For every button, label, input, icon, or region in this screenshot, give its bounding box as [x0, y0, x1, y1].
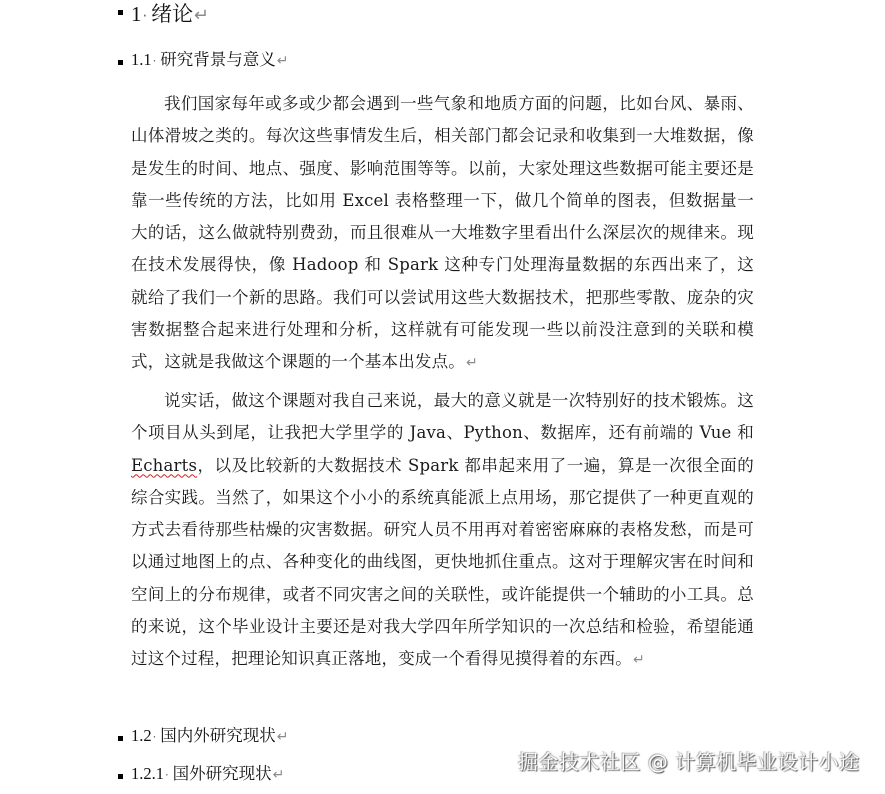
heading-number: 1.2.1 [131, 764, 164, 783]
heading-number: 1 [131, 2, 142, 26]
heading-title: 研究背景与意义 [160, 50, 276, 69]
paragraph-mark-icon: ↵ [277, 729, 289, 745]
heading-bullet-icon [118, 774, 123, 779]
paragraph-mark-icon: ↵ [194, 5, 209, 26]
space-mark-icon: · [153, 54, 157, 68]
heading-title: 国内外研究现状 [160, 726, 276, 745]
paragraph-mark-icon: ↵ [466, 355, 478, 371]
paragraph-mark-icon: ↵ [273, 767, 285, 783]
heading-title: 国外研究现状 [173, 764, 272, 783]
space-mark-icon: · [165, 768, 169, 782]
heading-number: 1.2 [131, 726, 152, 745]
spellcheck-flagged-word[interactable]: Echarts [131, 456, 197, 475]
heading-1-2[interactable]: 1.2·国内外研究现状↵ [118, 724, 289, 749]
body-paragraph[interactable]: 我们国家每年或多或少都会遇到一些气象和地质方面的问题，比如台风、暴雨、山体滑坡之… [131, 88, 754, 380]
heading-title: 绪论 [151, 2, 193, 26]
heading-1-1[interactable]: 1.1·研究背景与意义↵ [118, 48, 289, 73]
paragraph-text: ，以及比较新的大数据技术 Spark 都串起来用了一遍，算是一次很全面的综合实践… [131, 456, 754, 669]
heading-bullet-icon [118, 736, 123, 741]
document-page: 1·绪论↵ 1.1·研究背景与意义↵ 我们国家每年或多或少都会遇到一些气象和地质… [0, 0, 885, 794]
heading-1[interactable]: 1·绪论↵ [118, 0, 209, 31]
paragraph-mark-icon: ↵ [633, 652, 645, 668]
space-mark-icon: · [143, 8, 148, 25]
paragraph-mark-icon: ↵ [277, 53, 289, 69]
body-paragraph[interactable]: 说实话，做这个课题对我自己来说，最大的意义就是一次特别好的技术锻炼。这个项目从头… [131, 385, 754, 677]
heading-1-2-1[interactable]: 1.2.1·国外研究现状↵ [118, 762, 284, 787]
paragraph-text: 我们国家每年或多或少都会遇到一些气象和地质方面的问题，比如台风、暴雨、山体滑坡之… [131, 94, 754, 371]
heading-number: 1.1 [131, 50, 152, 69]
heading-bullet-icon [118, 60, 123, 65]
watermark: 掘金技术社区 @ 计算机毕业设计小途 [518, 746, 860, 775]
space-mark-icon: · [153, 730, 157, 744]
heading-bullet-icon [118, 10, 123, 15]
paragraph-text: 说实话，做这个课题对我自己来说，最大的意义就是一次特别好的技术锻炼。这个项目从头… [131, 391, 754, 442]
